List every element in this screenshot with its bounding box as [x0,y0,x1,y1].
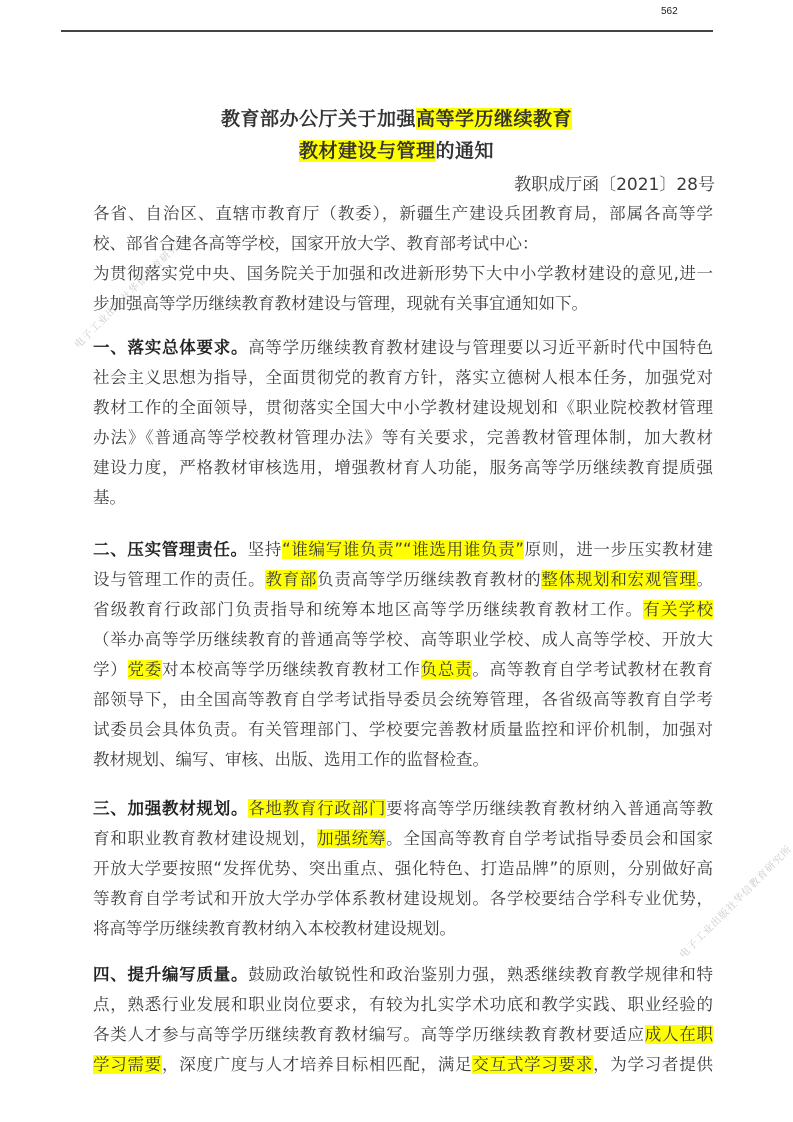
highlighted-text: 交互式学习要求 [472,1055,593,1074]
text-line: 试委员会具体负责。有关管理部门、学校要完善教材质量监控和评价机制，加强对 [93,715,713,745]
highlighted-text: 加强统筹 [317,829,386,848]
section-heading: 二、压实管理责任。 [93,540,248,559]
text-line: 二、压实管理责任。坚持“谁编写谁负责”“谁选用谁负责”原则，进一步压实教材建 [93,535,713,565]
text-line: 育和职业教育教材建设规划，加强统筹。全国高等教育自学考试指导委员会和国家 [93,824,713,854]
text-line: 学习需要，深度广度与人才培养目标相匹配，满足交互式学习要求，为学习者提供 [93,1050,713,1080]
section-1-paragraph: 一、落实总体要求。高等学历继续教育教材建设与管理要以习近平新时代中国特色 社会主… [93,333,713,513]
text-line: 各省、自治区、直辖市教育厅（教委），新疆生产建设兵团教育局，部属各高等学 [93,199,713,229]
highlighted-text: 有关学校 [643,600,713,619]
highlighted-text: 学习需要 [93,1055,162,1074]
text-line: 教材工作的全面领导，贯彻落实全国大中小学教材建设规划和《职业院校教材管理 [93,393,713,423]
title-highlight: 教材建设与管理 [299,140,436,162]
text-line: 四、提升编写质量。鼓励政治敏锐性和政治鉴别力强，熟悉继续教育教学规律和特 [93,960,713,990]
text-line: 将高等学历继续教育教材纳入本校教材建设规划。 [93,914,713,944]
header-rule [61,30,713,32]
text-line: 建设力度，严格教材审核选用，增强教材育人功能，服务高等学历继续教育提质强 [93,453,713,483]
highlighted-text: 负总责 [421,660,473,679]
text-line: 开放大学要按照“发挥优势、突出重点、强化特色、打造品牌”的原则，分别做好高 [93,854,713,884]
text-line: （举办高等学历继续教育的普通高等学校、高等职业学校、成人高等学校、开放大 [93,625,713,655]
text-line: 设与管理工作的责任。教育部负责高等学历继续教育教材的整体规划和宏观管理。 [93,565,713,595]
text-line: 部领导下，由全国高等教育自学考试指导委员会统筹管理，各省级高等教育自学考 [93,685,713,715]
text-line: 学）党委对本校高等学历继续教育教材工作负总责。高等教育自学考试教材在教育 [93,655,713,685]
text-line: 教材规划、编写、审核、出版、选用工作的监督检查。 [93,745,713,775]
highlighted-text: 成人在职 [645,1025,713,1044]
text-line: 点，熟悉行业发展和职业岗位要求，有较为扎实学术功底和教学实践、职业经验的 [93,990,713,1020]
text-line: 校、部省合建各高等学校，国家开放大学、教育部考试中心： [93,229,713,259]
page-number: 562 [661,6,678,17]
text-line: 各类人才参与高等学历继续教育教材编写。高等学历继续教育教材要适应成人在职 [93,1020,713,1050]
document-title-line-2: 教材建设与管理的通知 [0,136,793,163]
text-line: 步加强高等学历继续教育教材建设与管理，现就有关事宜通知如下。 [93,289,713,319]
document-title-line-1: 教育部办公厅关于加强高等学历继续教育 [0,104,793,131]
text-line: 等教育自学考试和开放大学办学体系教材建设规划。各学校要结合学科专业优势， [93,884,713,914]
text-line: 一、落实总体要求。高等学历继续教育教材建设与管理要以习近平新时代中国特色 [93,333,713,363]
section-heading: 四、提升编写质量。 [93,965,248,984]
section-heading: 三、加强教材规划。 [93,799,248,818]
title-text: 的通知 [436,140,495,162]
section-3-paragraph: 三、加强教材规划。各地教育行政部门要将高等学历继续教育教材纳入普通高等教 育和职… [93,794,713,944]
section-heading: 一、落实总体要求。 [93,338,248,357]
section-2-paragraph: 二、压实管理责任。坚持“谁编写谁负责”“谁选用谁负责”原则，进一步压实教材建 设… [93,535,713,775]
highlighted-text: “谁编写谁负责”“谁选用谁负责” [282,540,524,559]
text-line: 办法》《普通高等学校教材管理办法》等有关要求，完善教材管理体制，加大教材 [93,423,713,453]
text-line: 社会主义思想为指导，全面贯彻党的教育方针，落实立德树人根本任务，加强党对 [93,363,713,393]
title-text: 教育部办公厅关于加强 [221,108,416,130]
highlighted-text: 党委 [128,660,163,679]
title-highlight: 高等学历继续教育 [416,108,572,130]
text-line: 为贯彻落实党中央、国务院关于加强和改进新形势下大中小学教材建设的意见,进一 [93,259,713,289]
section-4-paragraph: 四、提升编写质量。鼓励政治敏锐性和政治鉴别力强，熟悉继续教育教学规律和特 点，熟… [93,960,713,1080]
text-line: 基。 [93,483,713,513]
text-line: 省级教育行政部门负责指导和统筹本地区高等学历继续教育教材工作。有关学校 [93,595,713,625]
text-line: 三、加强教材规划。各地教育行政部门要将高等学历继续教育教材纳入普通高等教 [93,794,713,824]
addressees-paragraph: 各省、自治区、直辖市教育厅（教委），新疆生产建设兵团教育局，部属各高等学 校、部… [93,199,713,319]
highlighted-text: 整体规划和宏观管理 [541,570,696,589]
document-number: 教职成厅函〔2021〕28号 [514,170,715,195]
highlighted-text: 各地教育行政部门 [248,799,386,818]
highlighted-text: 教育部 [265,570,317,589]
